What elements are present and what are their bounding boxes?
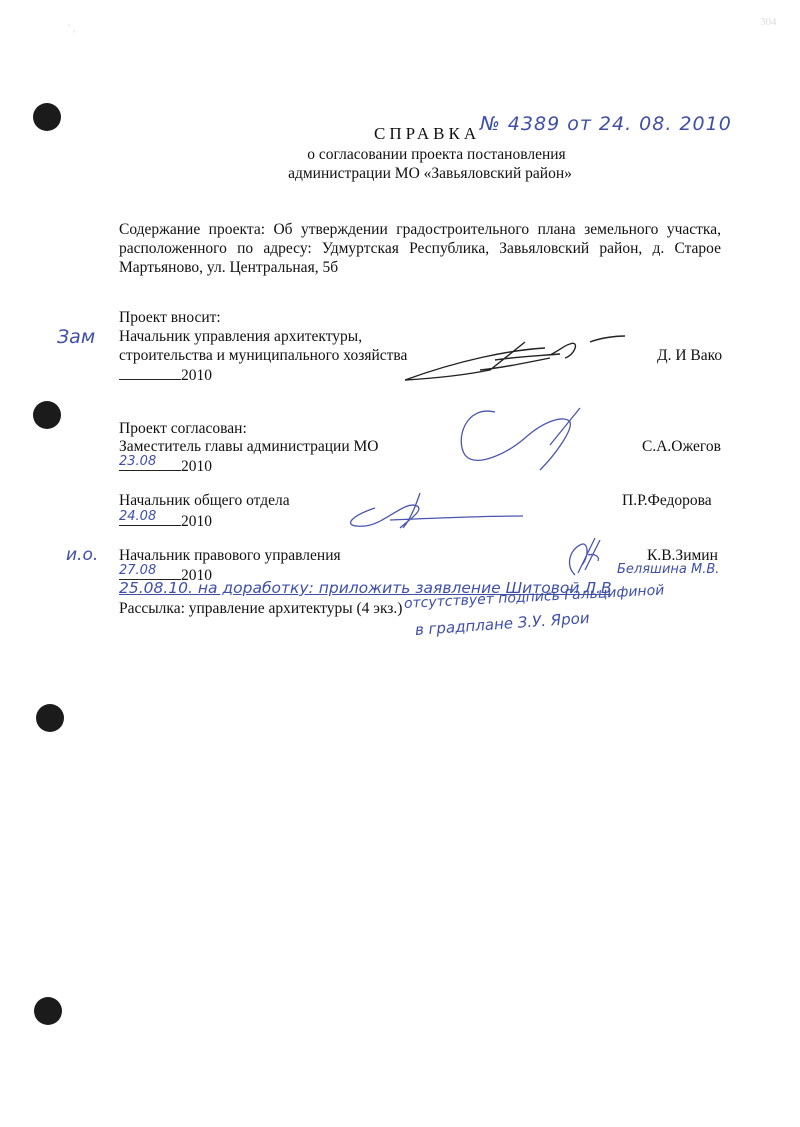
project-content: Содержание проекта: Об утверждении градо… — [119, 220, 721, 277]
page-mark-right: 304 — [760, 16, 777, 28]
approver-2-name: П.Р.Федорова — [622, 491, 712, 510]
approver-1-position: Заместитель главы администрации МО — [119, 437, 378, 456]
handwritten-prefix-io: и.о. — [66, 545, 98, 565]
handwritten-date: 23.08 — [119, 452, 156, 471]
date-year: 2010 — [181, 367, 212, 384]
signature-fedorova-icon — [345, 488, 525, 533]
submitter-date: 2010 — [119, 364, 212, 385]
page-mark-left: ' , — [68, 22, 75, 34]
handwritten-document-number: № 4389 от 24. 08. 2010 — [480, 113, 732, 135]
submitted-heading: Проект вносит: — [119, 308, 221, 327]
date-blank: 24.08 — [119, 510, 181, 526]
handwritten-prefix-zam: Зам — [57, 326, 95, 348]
submitter-position-line-1: Начальник управления архитектуры, — [119, 327, 362, 346]
hole-punch-icon — [33, 401, 61, 429]
date-blank — [119, 364, 181, 380]
document-title: СПРАВКА — [374, 124, 480, 144]
distribution-list: Рассылка: управление архитектуры (4 экз.… — [119, 599, 402, 618]
hole-punch-icon — [33, 103, 61, 131]
date-year: 2010 — [181, 513, 212, 530]
date-year: 2010 — [181, 458, 212, 475]
date-blank: 23.08 — [119, 455, 181, 471]
signature-ozhegov-icon — [455, 400, 585, 475]
signature-vako-icon — [400, 330, 630, 385]
approver-1-date: 23.082010 — [119, 455, 212, 476]
date-blank: 27.08 — [119, 564, 181, 580]
subtitle-line-2: администрации МО «Завьяловский район» — [270, 165, 590, 183]
hole-punch-icon — [36, 704, 64, 732]
submitter-position-line-2: строительства и муниципального хозяйства — [119, 346, 407, 365]
handwritten-date: 24.08 — [119, 507, 156, 526]
handwritten-approver-3-name: Беляшина М.В. — [617, 562, 719, 577]
handwritten-date: 27.08 — [119, 561, 156, 580]
signature-zimin-icon — [560, 535, 610, 580]
handwritten-note-gradplan: в градплане З.У. Ярои — [414, 609, 590, 639]
submitter-name: Д. И Вако — [657, 346, 722, 365]
approvals-heading: Проект согласован: — [119, 419, 247, 438]
title-text: СПРАВКА — [374, 124, 480, 143]
hole-punch-icon — [34, 997, 62, 1025]
approver-1-name: С.А.Ожегов — [642, 437, 721, 456]
approver-2-date: 24.082010 — [119, 510, 212, 531]
subtitle-line-1: о согласовании проекта постановления — [289, 146, 584, 164]
